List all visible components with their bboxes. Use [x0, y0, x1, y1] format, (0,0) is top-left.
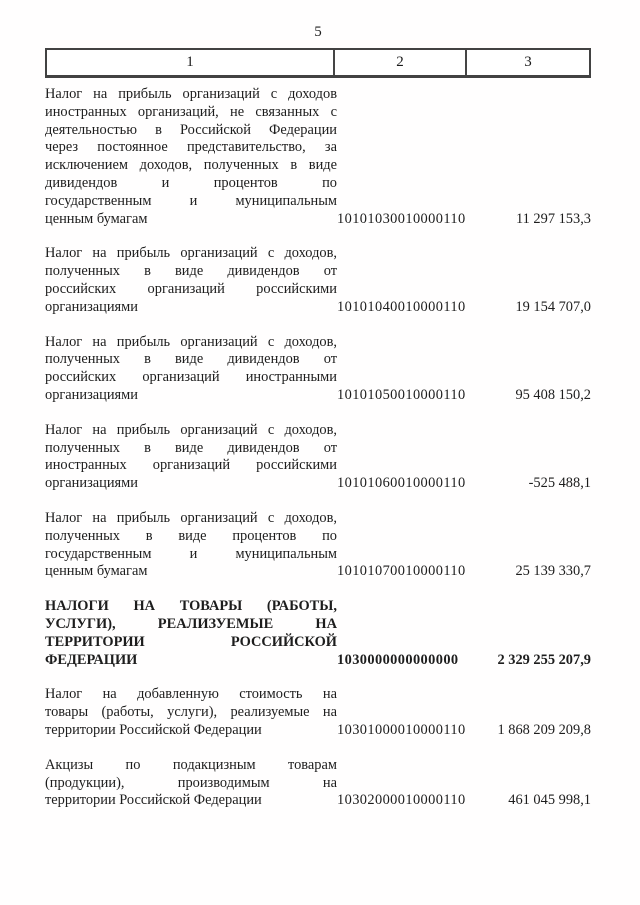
- row-code: 1030000000000000: [337, 652, 467, 670]
- row-description: Налог на прибыль организаций с доходов,п…: [45, 422, 337, 493]
- row-amount: -525 488,1: [467, 475, 591, 493]
- table-row: Налог на прибыль организаций с доходов,п…: [45, 334, 591, 405]
- description-line: российских организаций иностранными: [45, 369, 337, 387]
- row-amount: 11 297 153,3: [467, 211, 591, 229]
- description-line: российских организаций российскими: [45, 281, 337, 299]
- row-amount: 2 329 255 207,9: [467, 652, 591, 670]
- description-line: полученных в виде дивидендов от: [45, 351, 337, 369]
- description-line: Налог на прибыль организаций с доходов: [45, 86, 337, 104]
- description-line: ценным бумагам: [45, 211, 337, 229]
- description-line: через постоянное представительство, за: [45, 139, 337, 157]
- row-description: Налог на прибыль организаций с доходов,п…: [45, 510, 337, 581]
- description-line: иностранных организаций, не связанных с: [45, 104, 337, 122]
- table-header-col-2: 2: [335, 50, 467, 75]
- row-description: Налог на прибыль организаций с доходовин…: [45, 86, 337, 228]
- table-header-row: 1 2 3: [45, 48, 591, 78]
- description-line: полученных в виде дивидендов от: [45, 440, 337, 458]
- description-line: полученных в виде процентов по: [45, 528, 337, 546]
- row-code: 10302000010000110: [337, 792, 467, 810]
- table-header-col-1: 1: [47, 50, 335, 75]
- table-row: Акцизы по подакцизным товарам(продукции)…: [45, 757, 591, 810]
- row-description: Налог на прибыль организаций с доходов,п…: [45, 334, 337, 405]
- description-line: Акцизы по подакцизным товарам: [45, 757, 337, 775]
- description-line: иностранных организаций российскими: [45, 457, 337, 475]
- table-row: НАЛОГИ НА ТОВАРЫ (РАБОТЫ,УСЛУГИ), РЕАЛИЗ…: [45, 598, 591, 669]
- description-line: полученных в виде дивидендов от: [45, 263, 337, 281]
- row-code: 10101050010000110: [337, 387, 467, 405]
- row-code: 10301000010000110: [337, 722, 467, 740]
- row-code: 10101060010000110: [337, 475, 467, 493]
- table-row: Налог на прибыль организаций с доходовин…: [45, 86, 591, 228]
- row-amount: 461 045 998,1: [467, 792, 591, 810]
- description-line: Налог на прибыль организаций с доходов,: [45, 510, 337, 528]
- description-line: ФЕДЕРАЦИИ: [45, 652, 337, 670]
- page-number: 5: [45, 24, 591, 41]
- description-line: государственным и муниципальным: [45, 546, 337, 564]
- description-line: УСЛУГИ), РЕАЛИЗУЕМЫЕ НА: [45, 616, 337, 634]
- description-line: территории Российской Федерации: [45, 792, 337, 810]
- description-line: НАЛОГИ НА ТОВАРЫ (РАБОТЫ,: [45, 598, 337, 616]
- budget-table-body: Налог на прибыль организаций с доходовин…: [45, 86, 591, 827]
- description-line: Налог на прибыль организаций с доходов,: [45, 334, 337, 352]
- description-line: организациями: [45, 475, 337, 493]
- row-description: НАЛОГИ НА ТОВАРЫ (РАБОТЫ,УСЛУГИ), РЕАЛИЗ…: [45, 598, 337, 669]
- description-line: дивидендов и процентов по: [45, 175, 337, 193]
- description-line: территории Российской Федерации: [45, 722, 337, 740]
- table-header-col-3: 3: [467, 50, 589, 75]
- description-line: ТЕРРИТОРИИ РОССИЙСКОЙ: [45, 634, 337, 652]
- row-code: 10101040010000110: [337, 299, 467, 317]
- description-line: деятельностью в Российской Федерации: [45, 122, 337, 140]
- row-code: 10101070010000110: [337, 563, 467, 581]
- description-line: товары (работы, услуги), реализуемые на: [45, 704, 337, 722]
- description-line: организациями: [45, 387, 337, 405]
- description-line: (продукции), производимым на: [45, 775, 337, 793]
- row-description: Налог на добавленную стоимость натовары …: [45, 686, 337, 739]
- row-code: 10101030010000110: [337, 211, 467, 229]
- description-line: государственным и муниципальным: [45, 193, 337, 211]
- description-line: исключением доходов, полученных в виде: [45, 157, 337, 175]
- document-page: 5 1 2 3 Налог на прибыль организаций с д…: [0, 0, 640, 905]
- row-description: Акцизы по подакцизным товарам(продукции)…: [45, 757, 337, 810]
- table-row: Налог на прибыль организаций с доходов,п…: [45, 510, 591, 581]
- row-amount: 1 868 209 209,8: [467, 722, 591, 740]
- row-amount: 25 139 330,7: [467, 563, 591, 581]
- description-line: Налог на прибыль организаций с доходов,: [45, 422, 337, 440]
- row-amount: 95 408 150,2: [467, 387, 591, 405]
- description-line: Налог на прибыль организаций с доходов,: [45, 245, 337, 263]
- table-row: Налог на прибыль организаций с доходов,п…: [45, 245, 591, 316]
- description-line: ценным бумагам: [45, 563, 337, 581]
- description-line: Налог на добавленную стоимость на: [45, 686, 337, 704]
- table-row: Налог на прибыль организаций с доходов,п…: [45, 422, 591, 493]
- row-description: Налог на прибыль организаций с доходов,п…: [45, 245, 337, 316]
- description-line: организациями: [45, 299, 337, 317]
- table-row: Налог на добавленную стоимость натовары …: [45, 686, 591, 739]
- row-amount: 19 154 707,0: [467, 299, 591, 317]
